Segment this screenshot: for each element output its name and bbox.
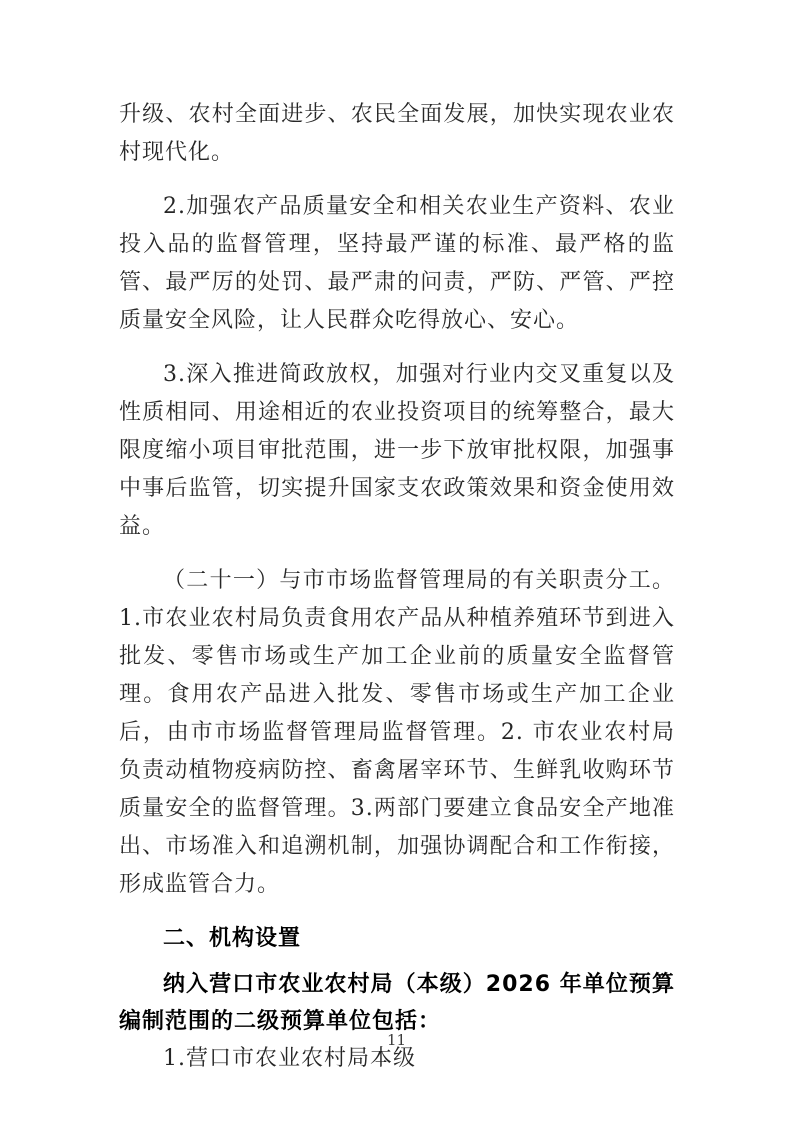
paragraph-item-2: 2.加强农产品质量安全和相关农业生产资料、农业投入品的监督管理，坚持最严谨的标准… xyxy=(119,188,675,340)
section-heading-organization: 二、机构设置 xyxy=(119,920,675,958)
document-page: 升级、农村全面进步、农民全面发展，加快实现农业农村现代化。 2.加强农产品质量安… xyxy=(0,0,793,1122)
paragraph-continuation: 升级、农村全面进步、农民全面发展，加快实现农业农村现代化。 xyxy=(119,96,675,172)
page-content: 升级、农村全面进步、农民全面发展，加快实现农业农村现代化。 2.加强农产品质量安… xyxy=(119,96,675,1078)
page-number: 11 xyxy=(0,1030,793,1050)
paragraph-budget-scope: 纳入营口市农业农村局（本级）2026 年单位预算编制范围的二级预算单位包括： xyxy=(119,966,675,1040)
paragraph-item-3: 3.深入推进简政放权，加强对行业内交叉重复以及性质相同、用途相近的农业投资项目的… xyxy=(119,356,675,546)
paragraph-duty-division: （二十一）与市市场监督管理局的有关职责分工。1.市农业农村局负责食用农产品从种植… xyxy=(119,562,675,904)
